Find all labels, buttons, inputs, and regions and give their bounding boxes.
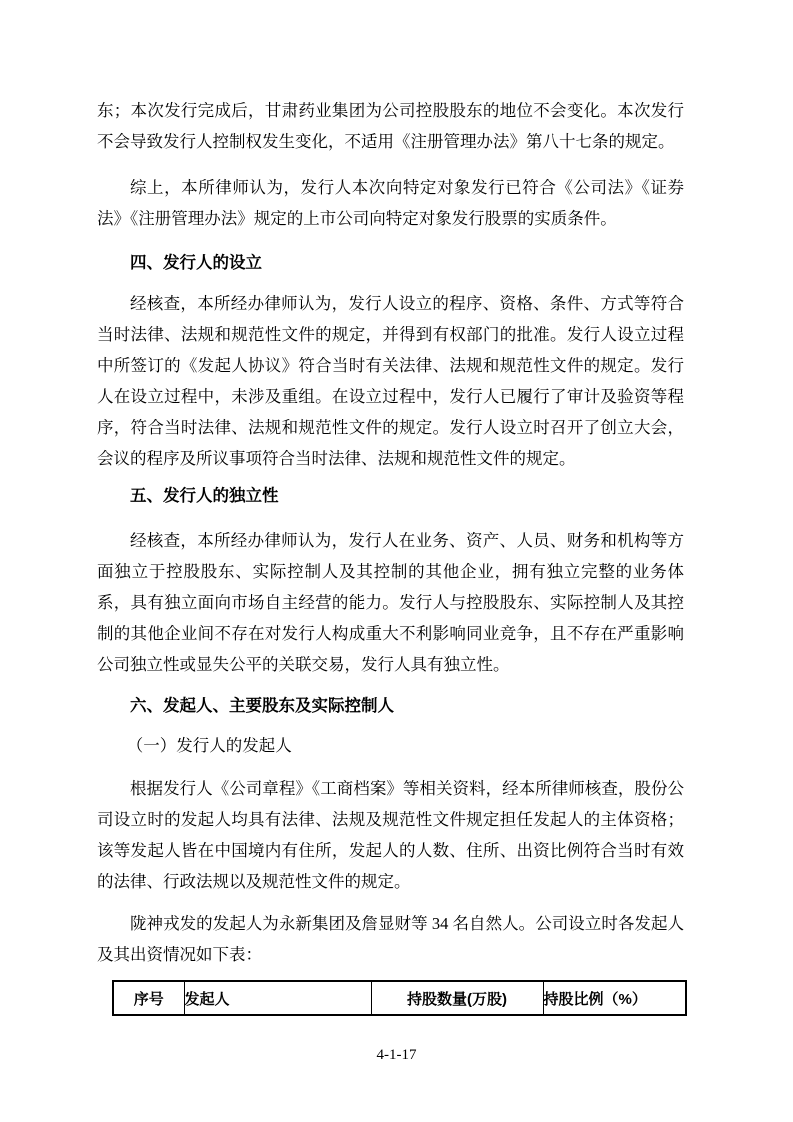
paragraph-continuation: 东；本次发行完成后，甘肃药业集团为公司控股股东的地位不会变化。本次发行不会导致发… (97, 95, 684, 157)
column-header-shareholding-ratio: 持股比例（%） (543, 981, 686, 1015)
section-6-heading: 六、发起人、主要股东及实际控制人 (97, 694, 684, 718)
section-5-paragraph: 经核查，本所经办律师认为，发行人在业务、资产、人员、财务和机构等方面独立于控股股… (97, 525, 684, 680)
founders-table: 序号 发起人 持股数量(万股) 持股比例（%） (112, 980, 687, 1016)
section-4-heading: 四、发行人的设立 (97, 251, 684, 275)
section-5-heading: 五、发行人的独立性 (97, 484, 684, 508)
paragraph-conclusion: 综上，本所律师认为，发行人本次向特定对象发行已符合《公司法》《证券法》《注册管理… (97, 172, 684, 234)
page-number: 4-1-17 (0, 1045, 793, 1065)
document-page: 东；本次发行完成后，甘肃药业集团为公司控股股东的地位不会变化。本次发行不会导致发… (0, 0, 793, 1122)
document-content: 东；本次发行完成后，甘肃药业集团为公司控股股东的地位不会变化。本次发行不会导致发… (0, 95, 793, 1016)
column-header-founder: 发起人 (184, 981, 371, 1015)
section-6-paragraph-founders-list-intro: 陇神戎发的发起人为永新集团及詹显财等 34 名自然人。公司设立时各发起人及其出资… (97, 908, 684, 970)
section-6-paragraph-founders-qualification: 根据发行人《公司章程》《工商档案》等相关资料，经本所律师核查，股份公司设立时的发… (97, 773, 684, 897)
column-header-shares-held: 持股数量(万股) (371, 981, 543, 1015)
column-header-index: 序号 (113, 981, 184, 1015)
founders-table-header-row: 序号 发起人 持股数量(万股) 持股比例（%） (113, 981, 686, 1015)
section-6-subheading: （一）发行人的发起人 (97, 730, 684, 761)
section-4-paragraph: 经核查，本所经办律师认为，发行人设立的程序、资格、条件、方式等符合当时法律、法规… (97, 288, 684, 474)
